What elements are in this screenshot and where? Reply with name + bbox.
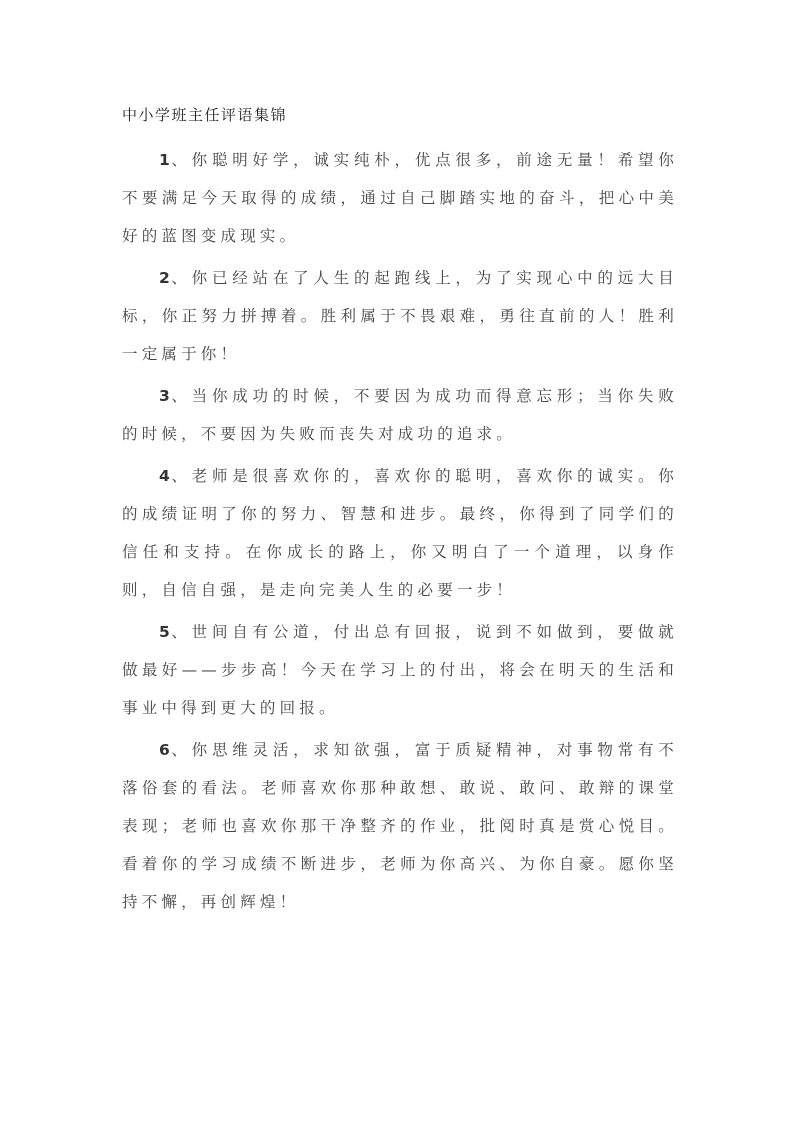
paragraph-number: 2 [159,269,171,287]
paragraph-text: 、当你成功的时候，不要因为成功而得意忘形；当你失败的时候，不要因为失败而丧失对成… [122,387,678,443]
comment-paragraph-5: 5、世间自有公道，付出总有回报，说到不如做到，要做就做最好——步步高！今天在学习… [122,613,678,727]
paragraph-text: 、你聪明好学，诚实纯朴，优点很多，前途无量！希望你不要满足今天取得的成绩，通过自… [122,151,678,245]
document-page: 中小学班主任评语集锦 1、你聪明好学，诚实纯朴，优点很多，前途无量！希望你不要满… [122,103,678,925]
document-title: 中小学班主任评语集锦 [122,103,678,127]
paragraph-number: 4 [159,467,171,485]
paragraph-text: 、你已经站在了人生的起跑线上，为了实现心中的远大目标，你正努力拼搏着。胜利属于不… [122,269,678,363]
paragraph-number: 5 [159,623,171,641]
comment-paragraph-6: 6、你思维灵活，求知欲强，富于质疑精神，对事物常有不落俗套的看法。老师喜欢你那种… [122,731,678,921]
paragraph-number: 3 [159,387,171,405]
paragraph-text: 、世间自有公道，付出总有回报，说到不如做到，要做就做最好——步步高！今天在学习上… [122,623,678,717]
paragraph-text: 、你思维灵活，求知欲强，富于质疑精神，对事物常有不落俗套的看法。老师喜欢你那种敢… [122,741,678,911]
paragraph-text: 、老师是很喜欢你的，喜欢你的聪明，喜欢你的诚实。你的成绩证明了你的努力、智慧和进… [122,467,678,599]
comment-paragraph-4: 4、老师是很喜欢你的，喜欢你的聪明，喜欢你的诚实。你的成绩证明了你的努力、智慧和… [122,457,678,609]
comment-paragraph-1: 1、你聪明好学，诚实纯朴，优点很多，前途无量！希望你不要满足今天取得的成绩，通过… [122,141,678,255]
comment-paragraph-3: 3、当你成功的时候，不要因为成功而得意忘形；当你失败的时候，不要因为失败而丧失对… [122,377,678,453]
paragraph-number: 1 [159,151,171,169]
comment-paragraph-2: 2、你已经站在了人生的起跑线上，为了实现心中的远大目标，你正努力拼搏着。胜利属于… [122,259,678,373]
paragraph-number: 6 [159,741,171,759]
